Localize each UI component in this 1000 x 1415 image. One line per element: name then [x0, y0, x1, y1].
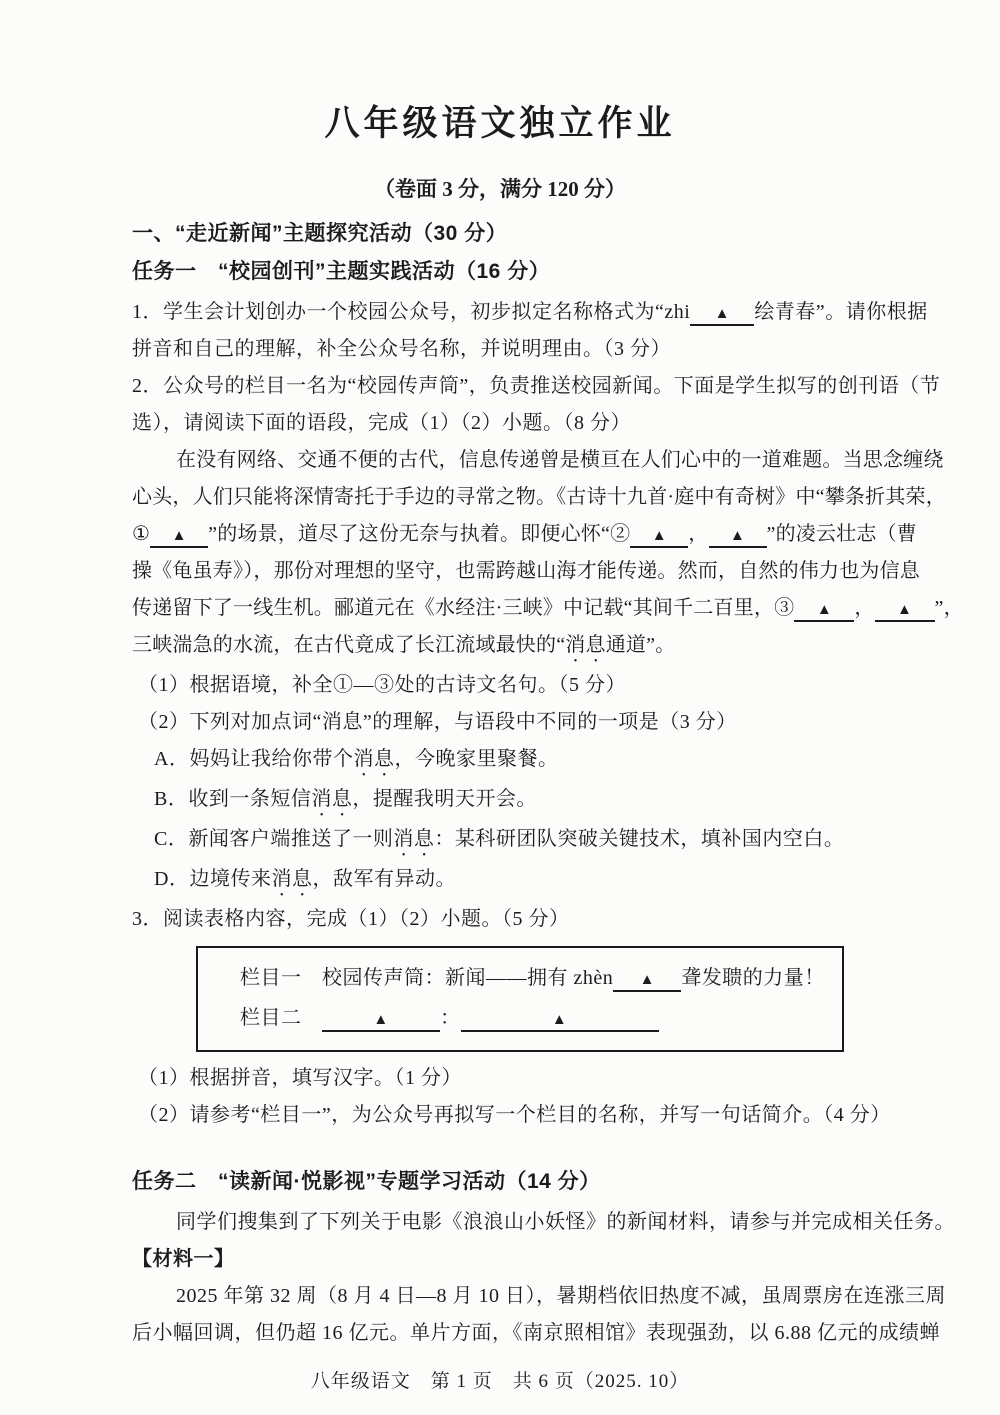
answer-blank-triangle: ▲ — [461, 1010, 659, 1032]
emphasized-word: 消息 — [271, 868, 312, 890]
column-table: 栏目一 校园传声筒：新闻——拥有 zhèn▲聋发聩的力量！ 栏目二 ▲：▲ — [196, 946, 844, 1052]
text-segment: ： — [440, 1007, 461, 1029]
text-segment: 1．学生会计划创办一个校园公众号，初步拟定名称格式为“zhi — [132, 301, 690, 323]
option-c: C．新闻客户端推送了一则消息：某科研团队突破关键技术，填补国内空白。 — [132, 821, 960, 861]
question-3-sub-2: （2）请参考“栏目一”，为公众号再拟写一个栏目的名称，并写一句话简介。（4 分） — [132, 1097, 960, 1134]
question-2-line-2: 选），请阅读下面的语段，完成（1）（2）小题。（8 分） — [132, 405, 960, 442]
passage-line-6: 三峡湍急的水流，在古代竟成了长江流域最快的“消息通道”。 — [132, 627, 960, 667]
text-segment: D．边境传来 — [154, 868, 271, 890]
answer-blank-triangle: ▲ — [613, 970, 681, 992]
text-segment: 栏目二 — [240, 1007, 322, 1029]
question-2-sub-1: （1）根据语境，补全①—③处的古诗文名句。（5 分） — [132, 667, 960, 704]
emphasized-word: 消息 — [565, 634, 605, 656]
table-row-2: 栏目二 ▲：▲ — [240, 998, 832, 1038]
passage-line-4: 操《龟虽寿》），那份对理想的坚守，也需跨越山海才能传递。然而，自然的伟力也为信息 — [132, 553, 960, 590]
question-3-sub-1: （1）根据拼音，填写汉字。（1 分） — [132, 1060, 960, 1097]
answer-blank-triangle: ▲ — [875, 600, 935, 622]
task2-intro: 同学们搜集到了下列关于电影《浪浪山小妖怪》的新闻材料，请参与并完成相关任务。 — [132, 1204, 960, 1241]
question-1-line-1: 1．学生会计划创办一个校园公众号，初步拟定名称格式为“zhi▲绘青春”。请你根据 — [132, 294, 960, 331]
text-segment: 通道”。 — [606, 634, 676, 656]
text-segment: 绘青春”。请你根据 — [754, 301, 927, 323]
text-segment: ，提醒我明天开会。 — [352, 788, 537, 810]
question-1-line-2: 拼音和自己的理解，补全公众号名称，并说明理由。（3 分） — [132, 331, 960, 368]
material-1-label: 【材料一】 — [132, 1241, 960, 1278]
table-row-1: 栏目一 校园传声筒：新闻——拥有 zhèn▲聋发聩的力量！ — [240, 958, 832, 998]
text-segment: ：某科研团队突破关键技术，填补国内空白。 — [434, 828, 844, 850]
text-segment: A．妈妈让我给你带个 — [154, 748, 353, 770]
answer-blank-triangle: ▲ — [630, 526, 688, 548]
text-segment: 三峡湍急的水流，在古代竟成了长江流域最快的“ — [132, 634, 565, 656]
option-d: D．边境传来消息，敌军有异动。 — [132, 861, 960, 901]
emphasized-word: 消息 — [393, 828, 434, 850]
text-segment: ， — [688, 523, 708, 545]
answer-blank-triangle: ▲ — [709, 526, 767, 548]
text-segment: 传递留下了一线生机。郦道元在《水经注·三峡》中记载“其间千二百里，③ — [132, 597, 794, 619]
passage-line-3: ①▲”的场景，道尽了这份无奈与执着。即便心怀“②▲，▲”的凌云壮志（曹 — [132, 516, 960, 553]
material-1-line-2: 后小幅回调，但仍超 16 亿元。单片方面，《南京照相馆》表现强劲，以 6.88 … — [132, 1315, 960, 1352]
emphasized-word: 消息 — [311, 788, 352, 810]
answer-blank-triangle: ▲ — [794, 600, 854, 622]
passage-line-2: 心头，人们只能将深情寄托于手边的寻常之物。《古诗十九首·庭中有奇树》中“攀条折其… — [132, 479, 960, 516]
text-segment: ”的场景，道尽了这份无奈与执着。即便心怀“② — [208, 523, 630, 545]
option-a: A．妈妈让我给你带个消息，今晚家里聚餐。 — [132, 741, 960, 781]
emphasized-word: 消息 — [353, 748, 394, 770]
page-footer: 八年级语文 第 1 页 共 6 页（2025. 10） — [0, 1368, 1000, 1396]
text-segment: ，今晚家里聚餐。 — [394, 748, 558, 770]
question-3-stem: 3．阅读表格内容，完成（1）（2）小题。（5 分） — [132, 901, 960, 938]
text-segment: ① — [132, 523, 150, 545]
question-2-sub-2: （2）下列对加点词“消息”的理解，与语段中不同的一项是（3 分） — [132, 704, 960, 741]
text-segment: 栏目一 校园传声筒：新闻——拥有 zhèn — [240, 967, 613, 989]
text-segment: ”的凌云壮志（曹 — [767, 523, 917, 545]
task2-heading: 任务二 “读新闻·悦影视”专题学习活动（14 分） — [132, 1164, 960, 1200]
text-segment: ，敌军有异动。 — [312, 868, 456, 890]
question-2-line-1: 2．公众号的栏目一名为“校园传声筒”，负责推送校园新闻。下面是学生拟写的创刊语（… — [132, 368, 960, 405]
text-segment: C．新闻客户端推送了一则 — [154, 828, 393, 850]
text-segment: ”， — [935, 597, 964, 619]
page-title: 八年级语文独立作业 — [0, 100, 1000, 148]
material-1-line-1: 2025 年第 32 周（8 月 4 日—8 月 10 日），暑期档依旧热度不减… — [132, 1278, 960, 1315]
text-segment: B．收到一条短信 — [154, 788, 311, 810]
answer-blank-triangle: ▲ — [690, 304, 754, 326]
answer-blank-triangle: ▲ — [322, 1010, 440, 1032]
passage-line-1: 在没有网络、交通不便的古代，信息传递曾是横亘在人们心中的一道难题。当思念缠绕 — [132, 442, 960, 479]
text-segment: ， — [854, 597, 874, 619]
option-b: B．收到一条短信消息，提醒我明天开会。 — [132, 781, 960, 821]
passage-line-5: 传递留下了一线生机。郦道元在《水经注·三峡》中记载“其间千二百里，③▲，▲”， — [132, 590, 960, 627]
page-subtitle: （卷面 3 分，满分 120 分） — [0, 174, 1000, 204]
section1-heading: 一、“走近新闻”主题探究活动（30 分） — [132, 216, 960, 252]
task1-heading: 任务一 “校园创刊”主题实践活动（16 分） — [132, 254, 960, 290]
answer-blank-triangle: ▲ — [150, 526, 208, 548]
exam-page: 八年级语文独立作业 （卷面 3 分，满分 120 分） 一、“走近新闻”主题探究… — [0, 0, 1000, 1415]
text-segment: 聋发聩的力量！ — [681, 967, 825, 989]
